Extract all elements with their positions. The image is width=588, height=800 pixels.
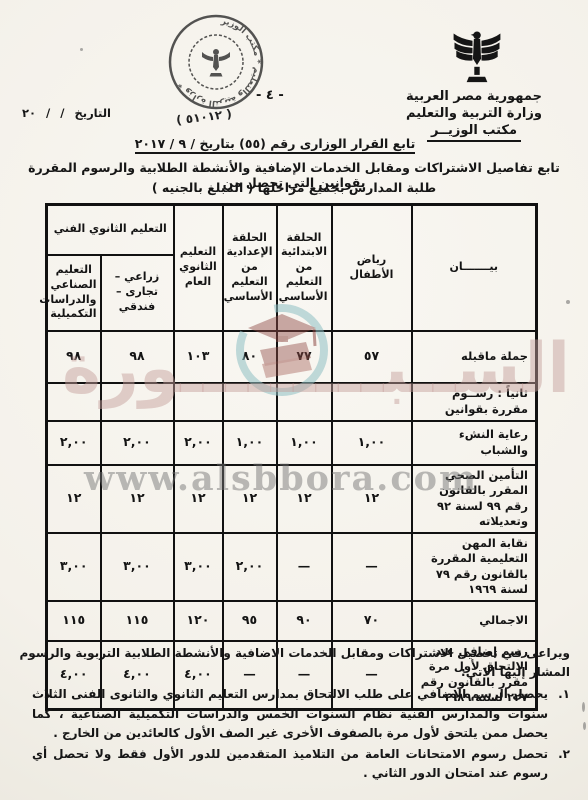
- cell-value: ٣,٠٠: [47, 533, 101, 601]
- row-label: التأمين الصحي المقرر بالقانون رقم ٩٩ لسن…: [412, 465, 537, 533]
- table-row-health-insurance: التأمين الصحي المقرر بالقانون رقم ٩٩ لسن…: [47, 465, 537, 533]
- cell-value: ٣,٠٠: [101, 533, 174, 601]
- table-row-youth-care: رعاية النشء والشباب ١,٠٠ ١,٠٠ ١,٠٠ ٢,٠٠ …: [47, 421, 537, 465]
- letterhead-country: جمهورية مصر العربية: [394, 88, 554, 105]
- footnote-number: ٢.: [548, 745, 570, 783]
- letterhead-ministry: وزارة التربية والتعليم: [394, 105, 554, 122]
- cell-value: ١٢: [47, 465, 101, 533]
- col-header-secondary-general: التعليم الثانوي العام: [174, 205, 223, 331]
- col-header-technical-agri: زراعي – تجارى – فندقي: [101, 255, 174, 331]
- col-header-kindergarten: رياض الأطفال: [332, 205, 412, 331]
- cell-value: ١٠٣: [174, 331, 223, 383]
- fees-table: بيـــــــان رياض الأطفال الحلقة الابتدائ…: [45, 203, 538, 711]
- cell-value: ١٢: [101, 465, 174, 533]
- footnote-number: ١.: [548, 685, 570, 743]
- table-row-teachers-syndicate: نقابة المهن التعليمية المقررة بالقانون ر…: [47, 533, 537, 601]
- row-label: نقابة المهن التعليمية المقررة بالقانون ر…: [412, 533, 537, 601]
- table-row-section-header: ثانياً : رســوم مقررة بقوانين: [47, 383, 537, 421]
- footnote-item: ١. يحصل الرسم الإضافي على طلب الالتحاق ب…: [18, 685, 570, 743]
- row-label: رعاية النشء والشباب: [412, 421, 537, 465]
- cell-value: ١٢: [223, 465, 277, 533]
- footnotes: ويراعى في تحصيل الاشتراكات ومقابل الخدما…: [18, 644, 570, 785]
- cell-value: ١١٥: [101, 601, 174, 641]
- cell-value: ٩٨: [47, 331, 101, 383]
- col-header-technical-industrial: التعليم الصناعي والدراسات التكميلية: [47, 255, 101, 331]
- col-header-statement: بيـــــــان: [412, 205, 537, 331]
- cell-value: ١,٠٠: [277, 421, 332, 465]
- page-number: - ٤ -: [256, 88, 284, 103]
- cell-value: ١٢: [174, 465, 223, 533]
- cell-value: [101, 383, 174, 421]
- date-line: التاريخ / / ٢٠: [22, 106, 111, 120]
- col-header-primary: الحلقة الابتدائية من التعليم الأساسي: [277, 205, 332, 331]
- cell-value: [277, 383, 332, 421]
- scan-speck: [566, 300, 570, 304]
- cell-value: —: [277, 533, 332, 601]
- cell-value: ٣,٠٠: [174, 533, 223, 601]
- cell-value: ٥٧: [332, 331, 412, 383]
- cell-value: [47, 383, 101, 421]
- cell-value: ١,٠٠: [332, 421, 412, 465]
- cell-value: ٩٨: [101, 331, 174, 383]
- scanned-ministerial-decree-page: { "page": { "page_number": "- ٤ -", "dat…: [0, 0, 588, 800]
- scan-speck: [80, 48, 83, 51]
- subtitle-line-2: طلبة المدارس بجميع مراحلها ( المبلغ بالج…: [10, 180, 578, 195]
- cell-value: —: [332, 533, 412, 601]
- footnotes-intro: ويراعى في تحصيل الاشتراكات ومقابل الخدما…: [18, 644, 570, 682]
- cell-value: ٧٠: [332, 601, 412, 641]
- cell-value: ١٢: [332, 465, 412, 533]
- footnote-item: ٢. تحصل رسوم الامتحانات العامة من التلام…: [18, 745, 570, 783]
- cell-value: ٢,٠٠: [101, 421, 174, 465]
- cell-value: ٧٧: [277, 331, 332, 383]
- row-label: ثانياً : رســوم مقررة بقوانين: [412, 383, 537, 421]
- table-row-total: الاجمالي ٧٠ ٩٠ ٩٥ ١٢٠ ١١٥ ١١٥: [47, 601, 537, 641]
- scan-speck: [582, 702, 585, 712]
- cell-value: ٩٥: [223, 601, 277, 641]
- row-label: الاجمالي: [412, 601, 537, 641]
- cell-value: ٨٠: [223, 331, 277, 383]
- cell-value: ٢,٠٠: [47, 421, 101, 465]
- col-header-secondary-technical: التعليم الثانوي الفني: [47, 205, 174, 255]
- cell-value: ١٢٠: [174, 601, 223, 641]
- cell-value: ٩٠: [277, 601, 332, 641]
- cell-value: ١٢: [277, 465, 332, 533]
- scan-speck: [583, 722, 586, 730]
- letterhead: جمهورية مصر العربية وزارة التربية والتعل…: [394, 88, 554, 142]
- cell-value: [223, 383, 277, 421]
- footnote-text: يحصل الرسم الإضافي على طلب الالتحاق بمدا…: [18, 685, 548, 743]
- decree-title: تابع القرار الوزارى رقم (٥٥) بتاريخ / ٩ …: [110, 136, 440, 151]
- table-row-previous-total: جملة ماقبله ٥٧ ٧٧ ٨٠ ١٠٣ ٩٨ ٩٨: [47, 331, 537, 383]
- footnote-text: تحصل رسوم الامتحانات العامة من التلاميذ …: [18, 745, 548, 783]
- cell-value: [174, 383, 223, 421]
- cell-value: ١,٠٠: [223, 421, 277, 465]
- cell-value: ٢,٠٠: [223, 533, 277, 601]
- cell-value: ٢,٠٠: [174, 421, 223, 465]
- row-label: جملة ماقبله: [412, 331, 537, 383]
- egypt-eagle-emblem-icon: [450, 24, 504, 88]
- official-round-stamp-icon: وزارة التربية والتعليم * مكتب الوزير *: [166, 12, 266, 112]
- cell-value: [332, 383, 412, 421]
- letterhead-office: مكتب الوزيــر: [427, 122, 521, 142]
- col-header-preparatory: الحلقة الإعدادية من التعليم الأساسي: [223, 205, 277, 331]
- cell-value: ١١٥: [47, 601, 101, 641]
